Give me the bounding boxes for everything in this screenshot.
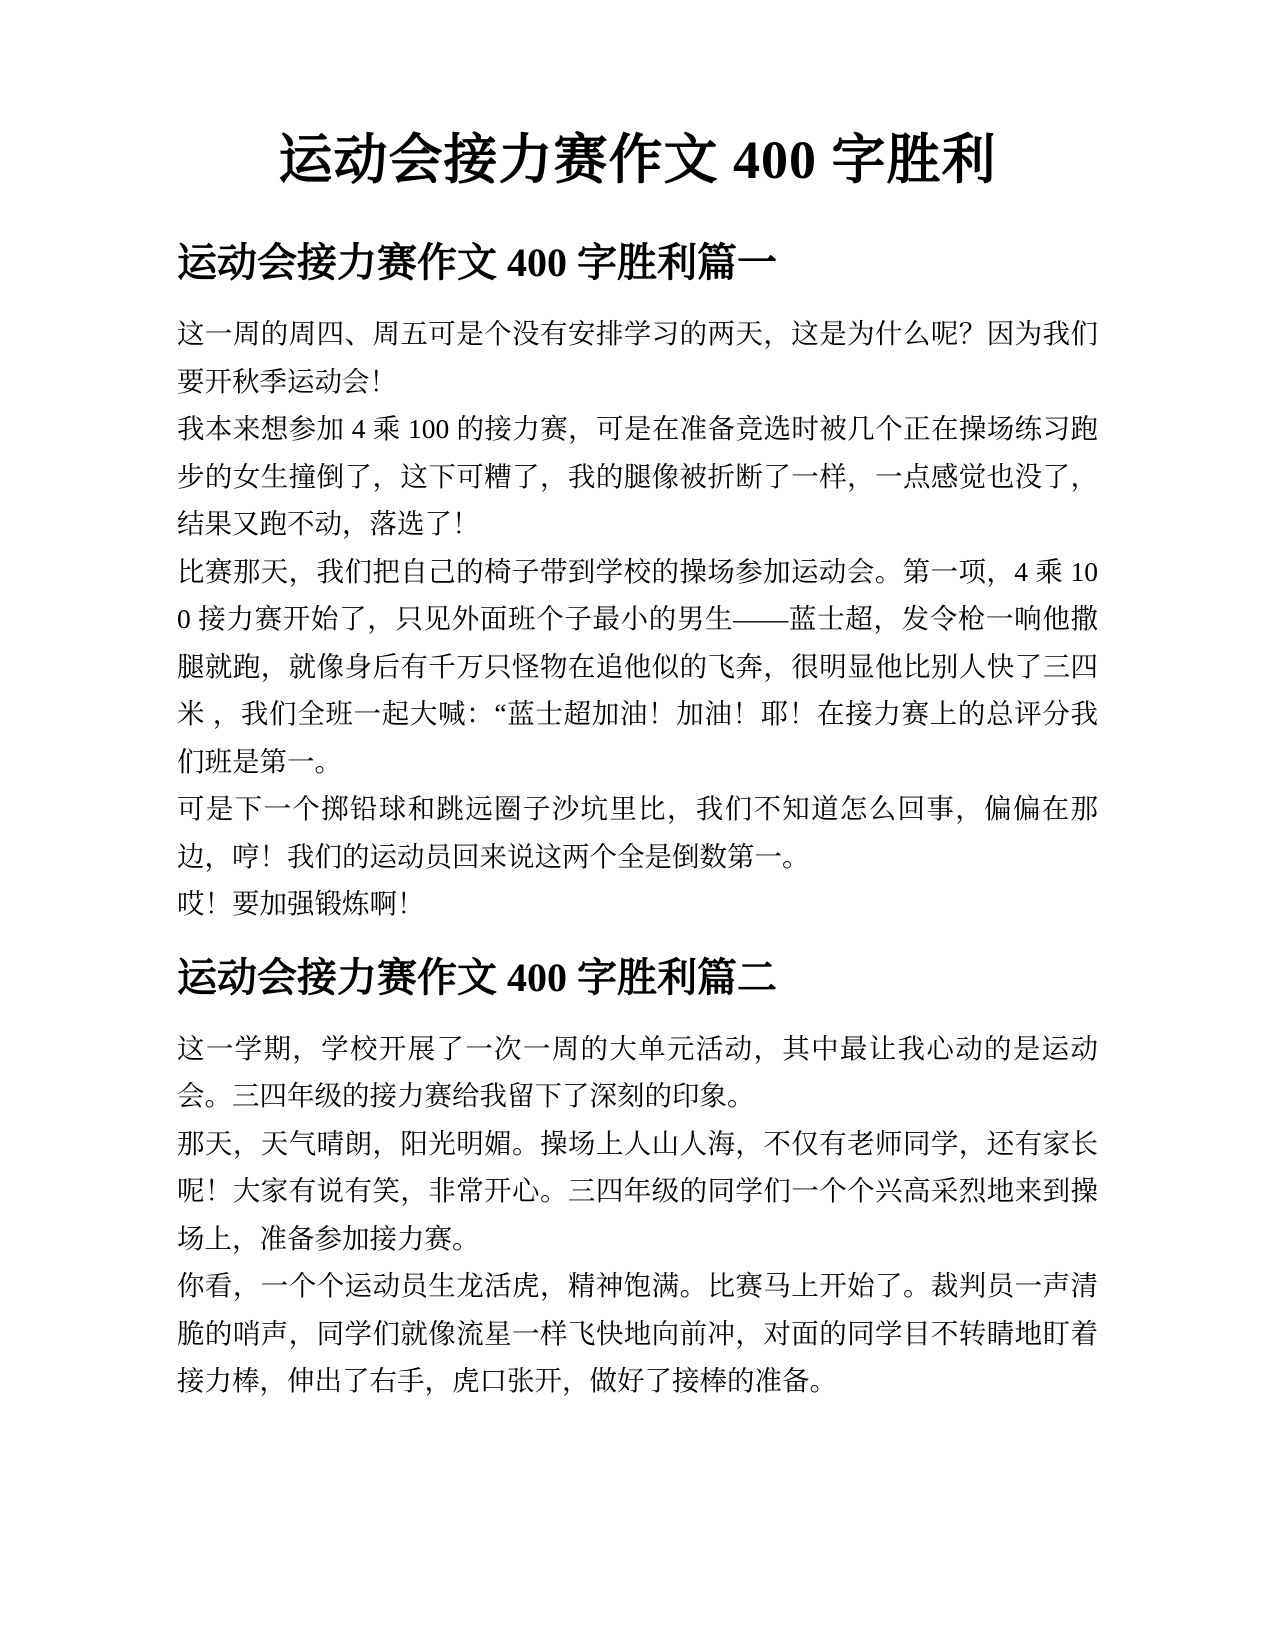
document-page: 运动会接力赛作文 400 字胜利 运动会接力赛作文 400 字胜利篇一 这一周的… bbox=[0, 0, 1275, 1650]
paragraph: 我本来想参加 4 乘 100 的接力赛，可是在准备竞选时被几个正在操场练习跑步的… bbox=[177, 405, 1098, 548]
essay-section-1: 运动会接力赛作文 400 字胜利篇一 这一周的周四、周五可是个没有安排学习的两天… bbox=[177, 238, 1098, 928]
document-title: 运动会接力赛作文 400 字胜利 bbox=[177, 128, 1098, 192]
paragraph: 你看，一个个运动员生龙活虎，精神饱满。比赛马上开始了。裁判员一声清脆的哨声，同学… bbox=[177, 1262, 1098, 1405]
section-2-heading: 运动会接力赛作文 400 字胜利篇二 bbox=[177, 953, 1098, 1003]
paragraph: 那天，天气晴朗，阳光明媚。操场上人山人海，不仅有老师同学，还有家长呢！大家有说有… bbox=[177, 1120, 1098, 1263]
essay-section-2: 运动会接力赛作文 400 字胜利篇二 这一学期，学校开展了一次一周的大单元活动，… bbox=[177, 953, 1098, 1405]
paragraph: 比赛那天，我们把自己的椅子带到学校的操场参加运动会。第一项，4 乘 100 接力… bbox=[177, 548, 1098, 786]
section-1-heading: 运动会接力赛作文 400 字胜利篇一 bbox=[177, 238, 1098, 288]
section-2-body: 这一学期，学校开展了一次一周的大单元活动，其中最让我心动的是运动会。三四年级的接… bbox=[177, 1025, 1098, 1405]
paragraph: 哎！要加强锻炼啊！ bbox=[177, 880, 1098, 928]
paragraph: 可是下一个掷铅球和跳远圈子沙坑里比，我们不知道怎么回事，偏偏在那边，哼！我们的运… bbox=[177, 785, 1098, 880]
section-1-body: 这一周的周四、周五可是个没有安排学习的两天，这是为什么呢？因为我们要开秋季运动会… bbox=[177, 310, 1098, 928]
paragraph: 这一学期，学校开展了一次一周的大单元活动，其中最让我心动的是运动会。三四年级的接… bbox=[177, 1025, 1098, 1120]
paragraph: 这一周的周四、周五可是个没有安排学习的两天，这是为什么呢？因为我们要开秋季运动会… bbox=[177, 310, 1098, 405]
